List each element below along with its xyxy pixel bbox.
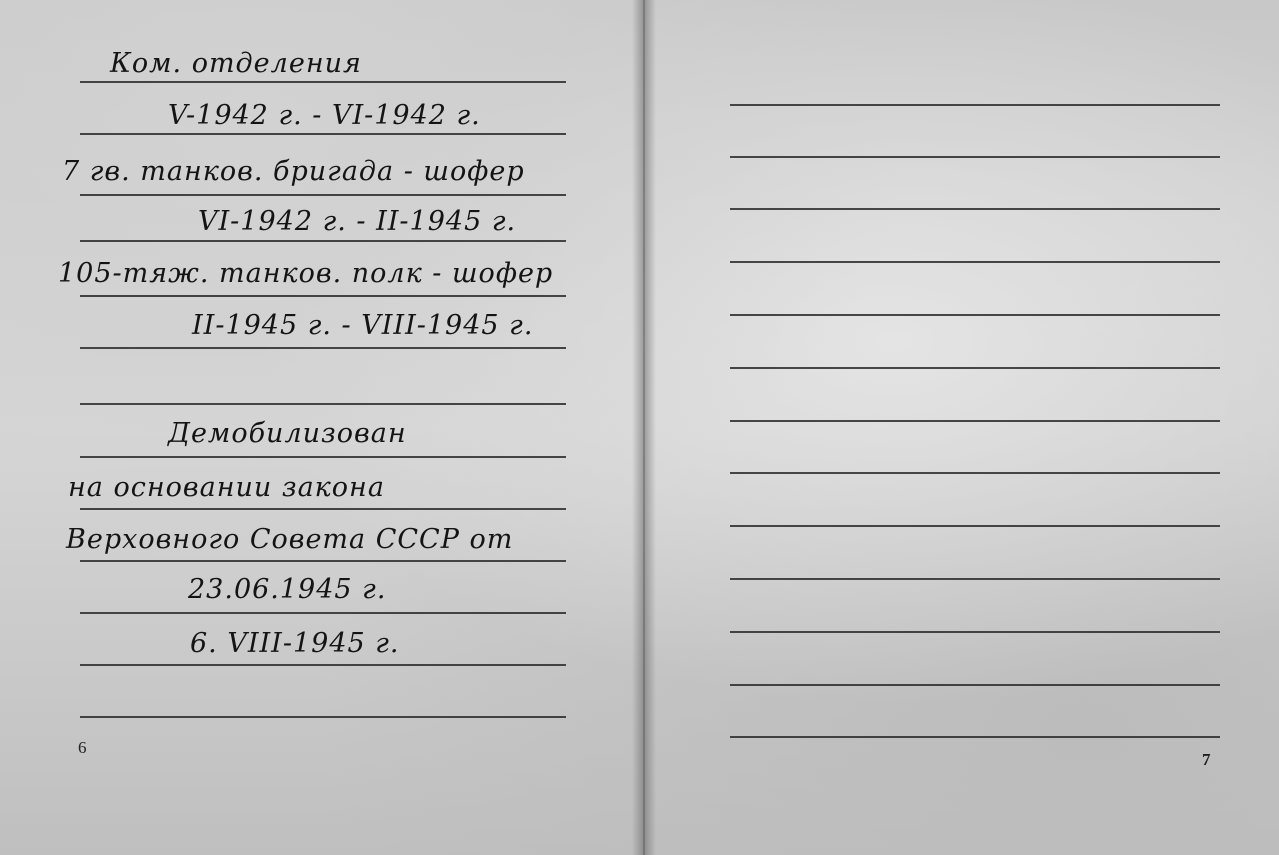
ruled-line: [80, 295, 566, 297]
ruled-line: [80, 403, 566, 405]
handwritten-line: на основании закона: [68, 472, 385, 503]
ruled-line: [80, 664, 566, 666]
ruled-line: [730, 578, 1220, 580]
ruled-line: [80, 508, 566, 510]
ruled-line: [730, 736, 1220, 738]
right-page: 7: [648, 0, 1279, 855]
ruled-line: [730, 420, 1220, 422]
ruled-line: [80, 612, 566, 614]
ruled-line: [80, 456, 566, 458]
ruled-line: [730, 208, 1220, 210]
handwritten-line: Демобилизован: [168, 418, 407, 449]
ruled-line: [80, 240, 566, 242]
handwritten-line: Ком. отделения: [110, 48, 362, 79]
ruled-line: [730, 156, 1220, 158]
ruled-line: [730, 104, 1220, 106]
ruled-line: [80, 133, 566, 135]
handwritten-line: VI-1942 г. - II-1945 г.: [198, 206, 516, 237]
page-number: 7: [1202, 750, 1211, 770]
page-number: 6: [78, 738, 87, 758]
handwritten-line: 23.06.1945 г.: [188, 574, 386, 605]
handwritten-line: 7 гв. танков. бригада - шофер: [62, 156, 525, 187]
ruled-line: [730, 472, 1220, 474]
ruled-line: [80, 194, 566, 196]
handwritten-line: Верховного Совета СССР от: [66, 524, 513, 555]
ruled-line: [730, 684, 1220, 686]
handwritten-line: 105-тяж. танков. полк - шофер: [58, 258, 553, 289]
ruled-line: [730, 525, 1220, 527]
handwritten-line: II-1945 г. - VIII-1945 г.: [192, 310, 533, 341]
handwritten-line: 6. VIII-1945 г.: [190, 628, 399, 659]
ruled-line: [80, 347, 566, 349]
ruled-line: [730, 367, 1220, 369]
booklet-spread: Ком. отделения V-1942 г. - VI-1942 г. 7 …: [0, 0, 1279, 855]
ruled-line: [730, 314, 1220, 316]
ruled-line: [730, 261, 1220, 263]
ruled-line: [80, 81, 566, 83]
left-page: Ком. отделения V-1942 г. - VI-1942 г. 7 …: [0, 0, 640, 855]
ruled-line: [80, 716, 566, 718]
ruled-line: [730, 631, 1220, 633]
ruled-line: [80, 560, 566, 562]
handwritten-line: V-1942 г. - VI-1942 г.: [168, 100, 481, 131]
